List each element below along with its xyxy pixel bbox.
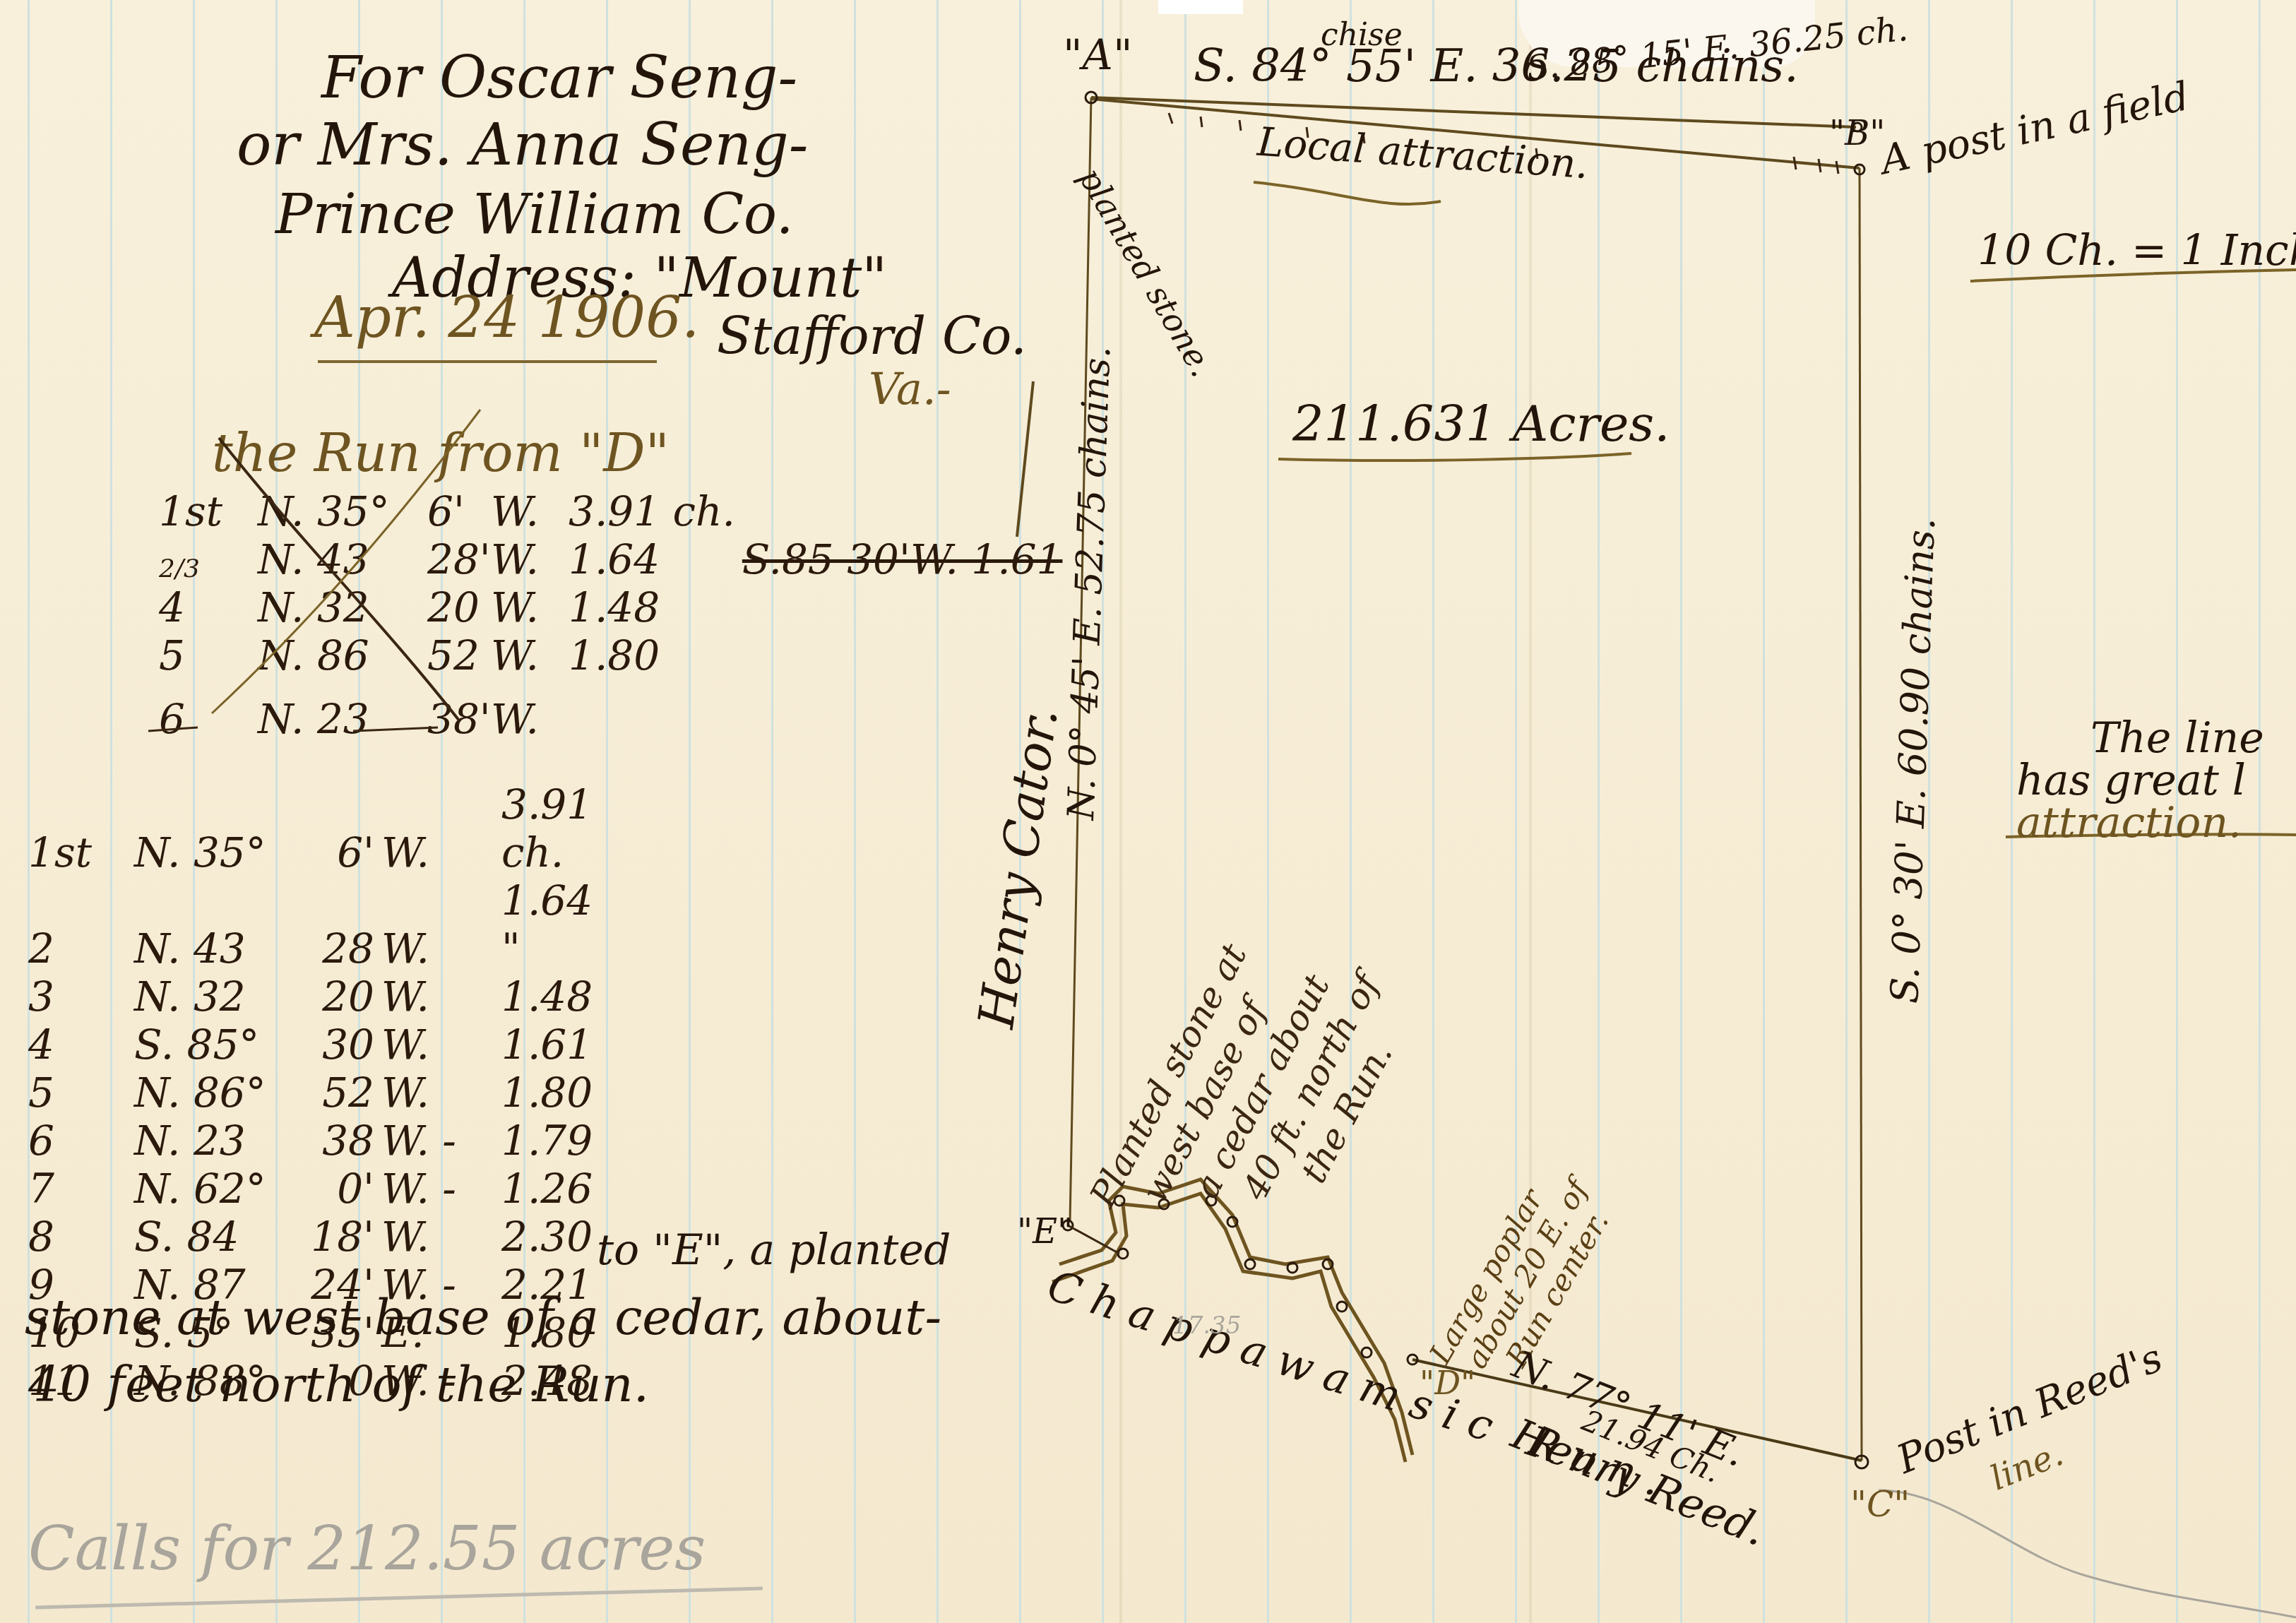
- corner-d-label: "D": [1420, 1367, 1475, 1399]
- east-note-3: attraction.: [2016, 802, 2242, 844]
- pencil-distance: 17.35: [1172, 1314, 1241, 1338]
- top-fragment: chise: [1321, 20, 1403, 51]
- corner-e-label: "E": [1017, 1215, 1073, 1249]
- area-label: 211.631 Acres.: [1292, 399, 1670, 448]
- east-note-2: has great l: [2016, 759, 2246, 802]
- corner-b-label: "B": [1829, 117, 1885, 150]
- corner-a-label: "A": [1063, 34, 1133, 76]
- east-note-1: The line: [2090, 717, 2264, 759]
- corner-c-label: "C": [1850, 1487, 1910, 1522]
- scale-note: 10 Ch. = 1 Inch: [1977, 230, 2296, 272]
